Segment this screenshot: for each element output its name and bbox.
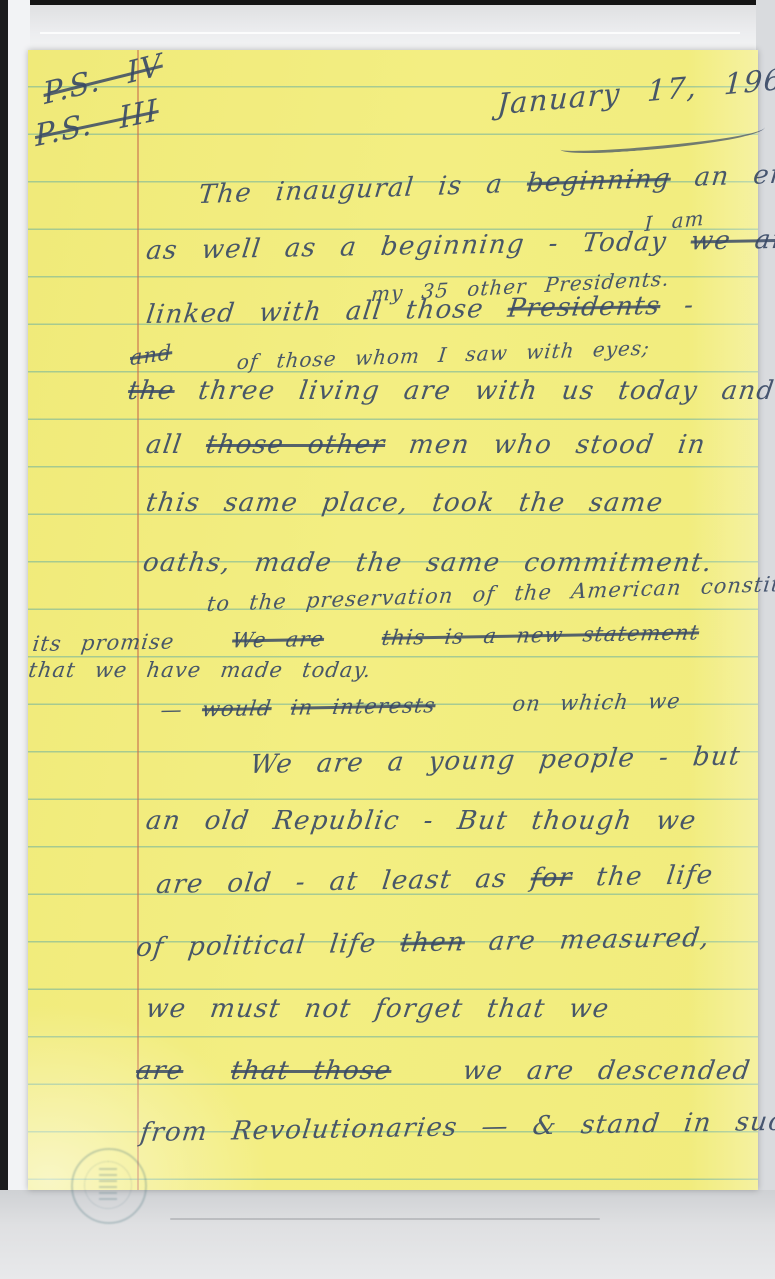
struck-text: Presidents: [506, 291, 662, 324]
body-line-6: this same place, took the same: [144, 490, 665, 516]
handwritten-text: men who stood in: [383, 430, 708, 460]
struck-text: those other: [204, 430, 387, 460]
handwritten-text: of political life: [135, 928, 403, 963]
red-margin-line: [137, 50, 139, 1190]
body-line-7: oaths, made the same commitment.: [141, 550, 714, 576]
body-line-17: are that those we are descended: [134, 1058, 752, 1084]
struck-text: beginning: [525, 164, 672, 199]
body-line-4: the three living are with us today and: [126, 378, 775, 404]
handwritten-text: we are descended: [389, 1056, 752, 1086]
handwritten-text: -: [659, 290, 697, 321]
handwritten-text: we must not forget that we: [144, 994, 611, 1024]
sleeve-left-band: [8, 0, 30, 1279]
handwritten-text: are measured,: [463, 923, 712, 957]
scanner-left-edge: [0, 0, 8, 1279]
handwritten-text: an end: [669, 159, 775, 194]
struck-text: then: [399, 927, 467, 958]
body-line-13: an old Republic - But though we: [144, 808, 698, 834]
struck-text: are: [134, 1056, 185, 1086]
struck-text: that those: [229, 1056, 394, 1086]
handwritten-text: this same place, took the same: [144, 488, 665, 518]
sleeve-top-reflection: [40, 32, 740, 34]
struck-text: in interests: [289, 693, 437, 720]
handwritten-text: the life: [571, 860, 716, 893]
handwritten-text: its promise: [31, 629, 233, 657]
insert-i-am: I am: [644, 208, 705, 234]
sleeve-bottom-reflection: [170, 1218, 600, 1220]
struck-text: the: [126, 376, 177, 406]
struck-text: We are: [231, 627, 326, 653]
sleeve-right-band: [756, 0, 775, 1279]
body-line-10: that we have made today.: [27, 660, 373, 681]
body-line-16: we must not forget that we: [144, 996, 611, 1022]
handwritten-text: three living are with us today and: [173, 376, 775, 406]
margin-and: and: [130, 342, 172, 369]
handwritten-text: [181, 1056, 233, 1086]
body-line-5: all those other men who stood in: [144, 432, 707, 458]
handwritten-text: an old Republic - But though we: [144, 806, 699, 836]
handwritten-text: all: [144, 430, 208, 460]
stamp-center-mark: [99, 1168, 117, 1200]
struck-text: for: [529, 863, 574, 894]
faint-circular-archival-stamp-icon: [71, 1148, 147, 1224]
struck-text: would: [201, 696, 274, 721]
handwritten-text: that we have made today.: [27, 658, 373, 682]
handwritten-text: [323, 626, 384, 651]
handwritten-text: linked with all those: [145, 294, 510, 330]
handwritten-text: oaths, made the same commitment.: [141, 548, 714, 578]
sleeve-top-band: [0, 5, 775, 50]
scanned-document: P.S. IVP.S. IIIJanuary 17, 1961The inaug…: [0, 0, 775, 1279]
handwritten-text: on which we: [434, 689, 682, 717]
handwritten-text: —: [159, 697, 203, 722]
